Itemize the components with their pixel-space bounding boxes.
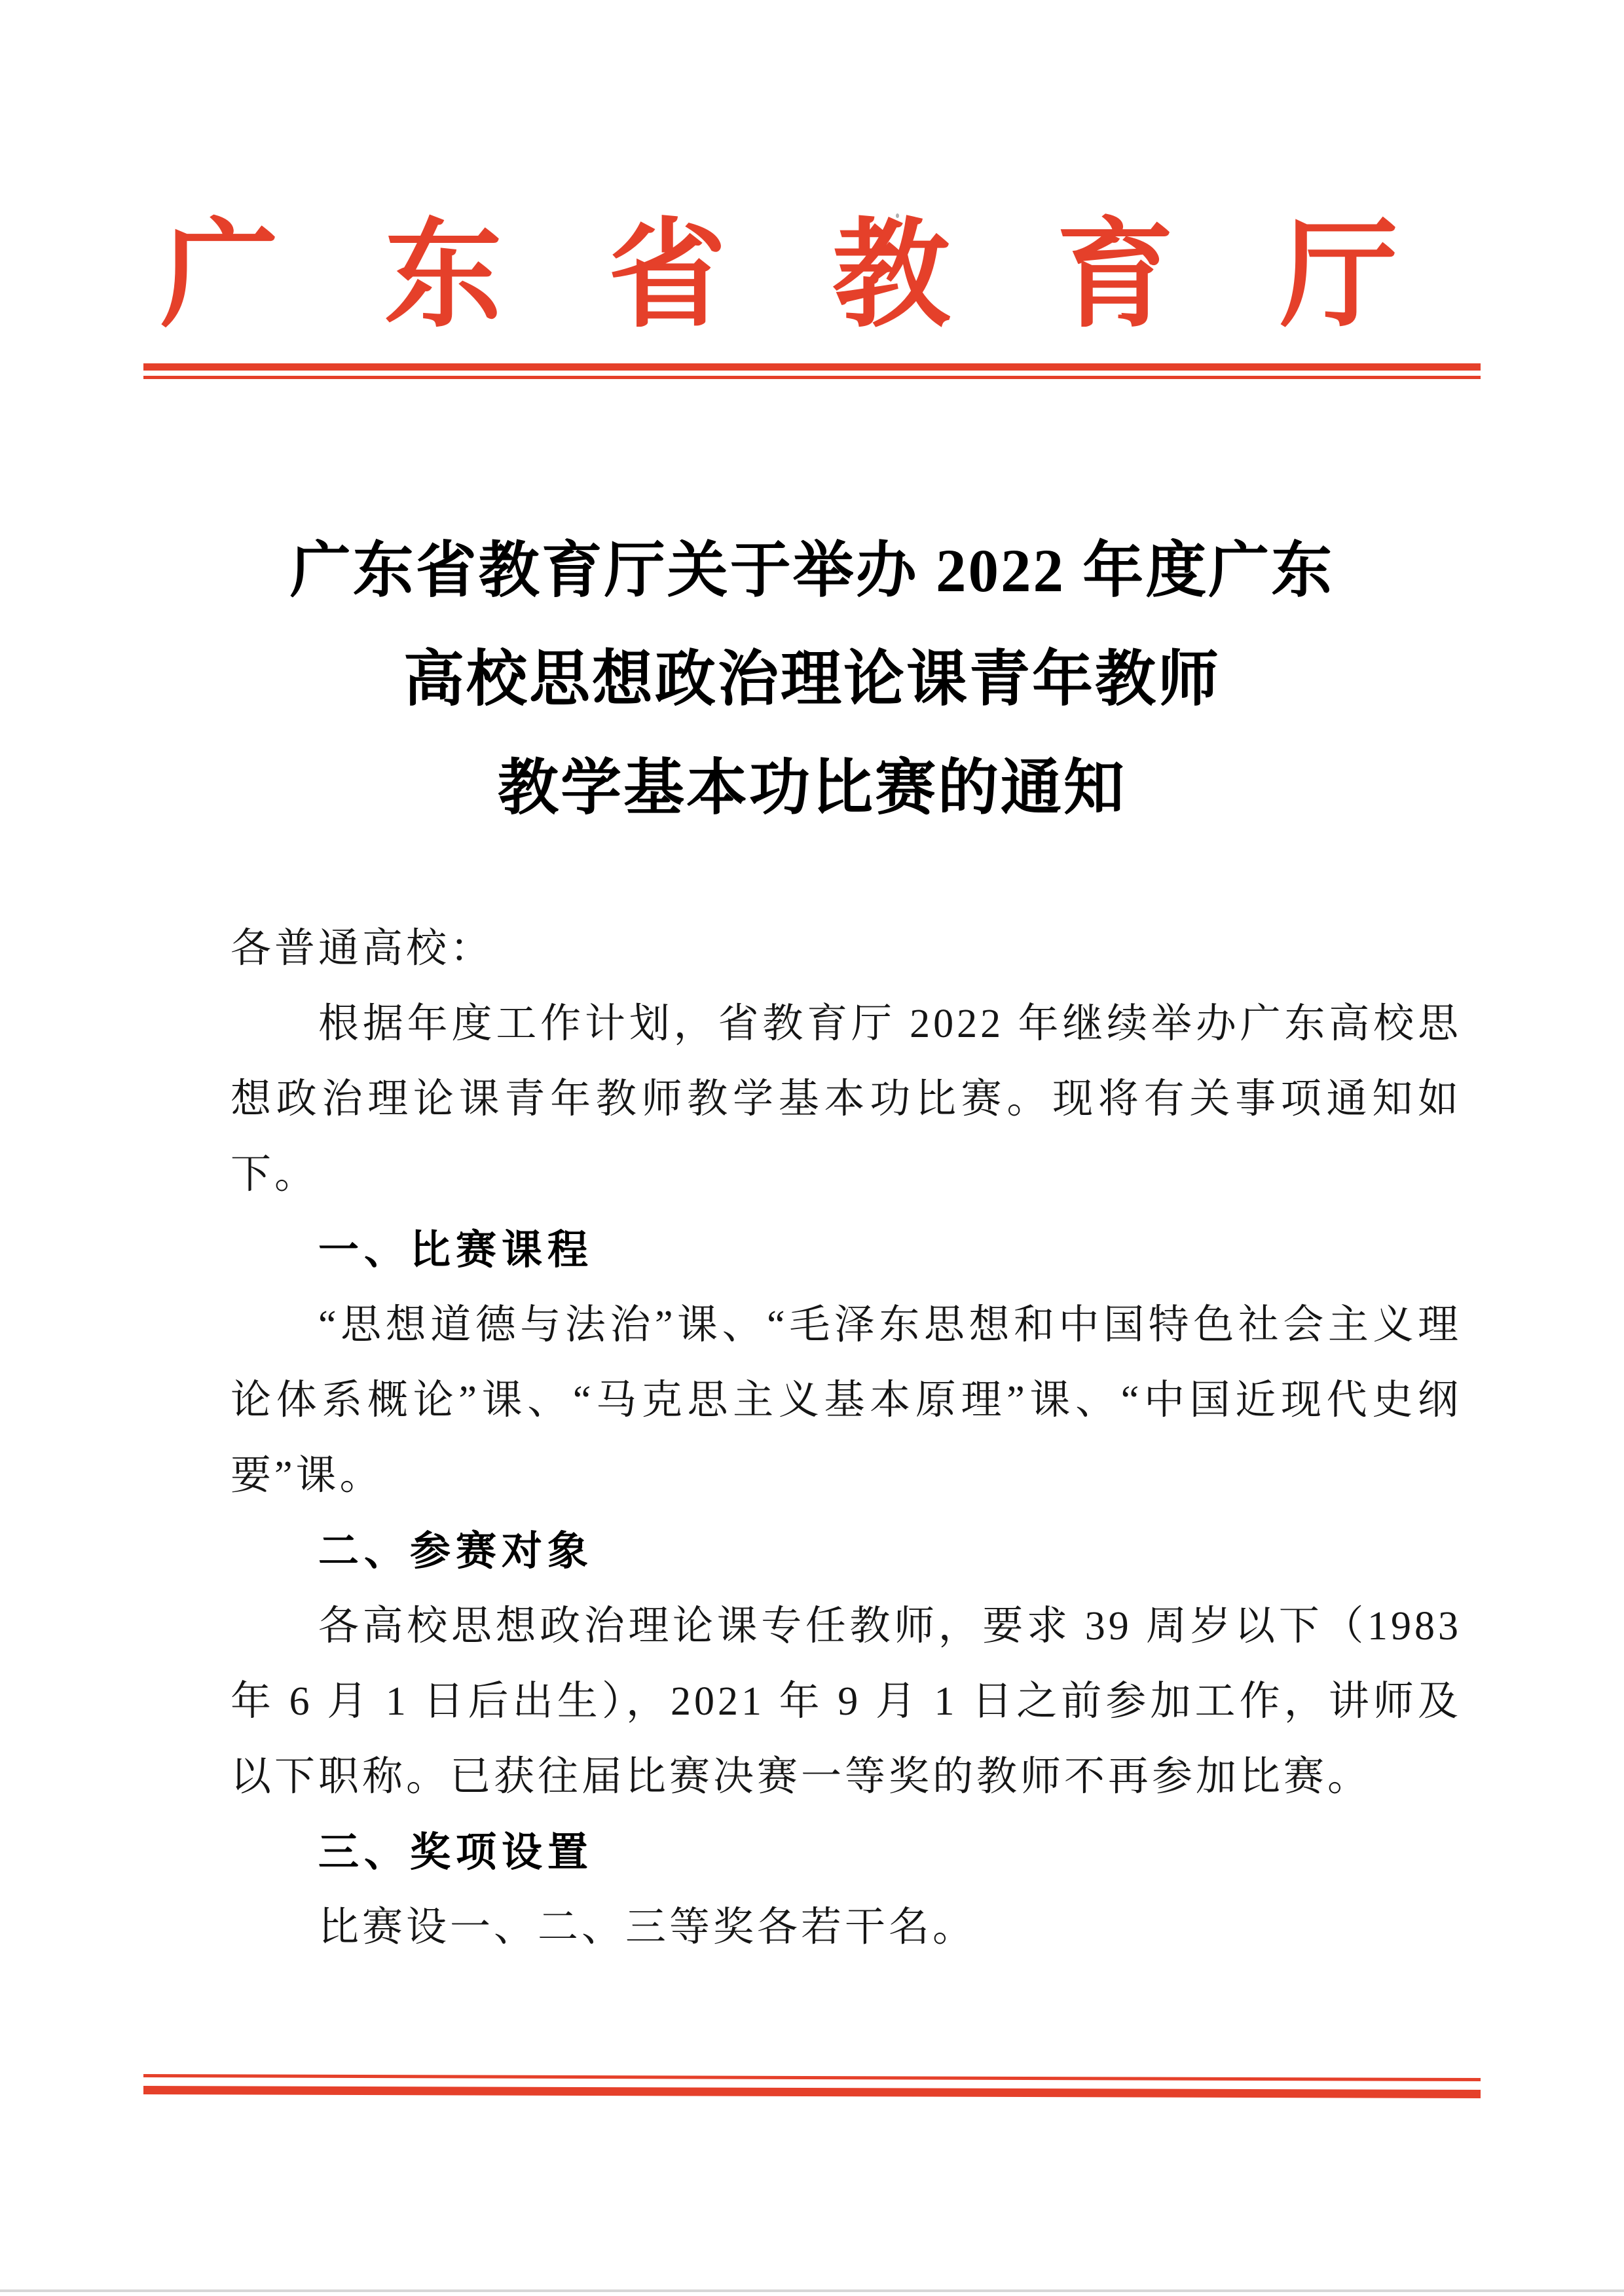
document-title: 广东省教育厅关于举办 2022 年度广东 高校思想政治理论课青年教师 教学基本功… [0, 517, 1624, 843]
scan-edge-line [0, 2289, 1624, 2292]
letterhead-rule-thick [143, 363, 1481, 371]
intro-paragraph: 根据年度工作计划，省教育厅 2022 年继续举办广东高校思想政治理论课青年教师教… [231, 987, 1462, 1212]
section-2-heading: 二、参赛对象 [231, 1514, 1462, 1589]
salutation: 各普通高校： [231, 911, 1462, 987]
footer-rule-thick [143, 2086, 1481, 2098]
title-line-1: 广东省教育厅关于举办 2022 年度广东 [0, 517, 1624, 626]
section-1-text: “思想道德与法治”课、“毛泽东思想和中国特色社会主义理论体系概论”课、“马克思主… [231, 1288, 1462, 1514]
title-line-3: 教学基本功比赛的通知 [0, 735, 1624, 843]
title-line-2: 高校思想政治理论课青年教师 [0, 626, 1624, 735]
letterhead-rule-thin [143, 376, 1481, 379]
footer-rule-thin [143, 2074, 1481, 2081]
scan-speck [896, 213, 899, 218]
section-3-heading: 三、奖项设置 [231, 1815, 1462, 1890]
document-page: 广 东 省 教 育 厅 广东省教育厅关于举办 2022 年度广东 高校思想政治理… [0, 0, 1624, 2296]
document-body: 各普通高校： 根据年度工作计划，省教育厅 2022 年继续举办广东高校思想政治理… [231, 911, 1462, 1965]
section-3-text: 比赛设一、二、三等奖各若干名。 [231, 1890, 1462, 1965]
section-1-heading: 一、比赛课程 [231, 1212, 1462, 1288]
section-2-text: 各高校思想政治理论课专任教师，要求 39 周岁以下（1983 年 6 月 1 日… [231, 1589, 1462, 1815]
agency-name: 广 东 省 教 育 厅 [160, 208, 1398, 344]
